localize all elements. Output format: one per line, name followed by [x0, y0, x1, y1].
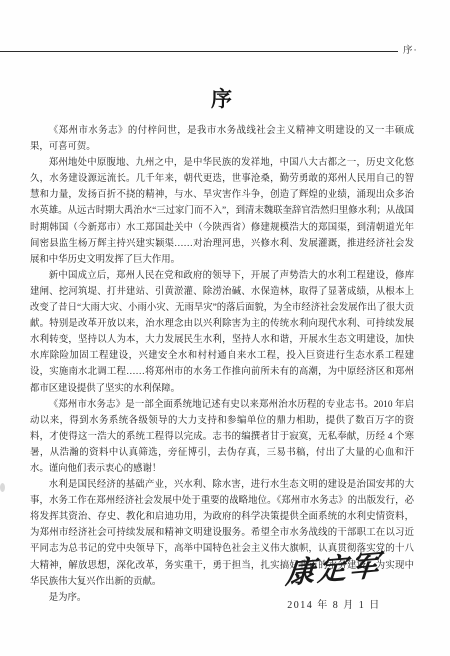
folio-label: 序·	[403, 42, 418, 56]
preface-body: 《郑州市水务志》的付梓问世，是我市水务战线社会主义精神文明建设的又一丰硕成果，可…	[30, 123, 414, 606]
preface-paragraph: 郑州地处中原腹地、九州之中，是中华民族的发祥地，中国八大古都之一，历史文化悠久，…	[30, 155, 414, 268]
page-title: 序	[30, 83, 414, 113]
signature-block: 康定军 2014 年 8 月 1 日	[286, 547, 382, 611]
preface-paragraph: 《郑州市水务志》是一部全面系统地记述有史以来郑州治水历程的专业志书。2010 年…	[30, 397, 414, 477]
header-rule	[0, 51, 398, 52]
preface-paragraph: 《郑州市水务志》的付梓问世，是我市水务战线社会主义精神文明建设的又一丰硕成果，可…	[30, 123, 414, 155]
signature-date: 2014 年 8 月 1 日	[286, 596, 382, 611]
scan-smudge	[0, 483, 5, 492]
preface-page: { "header": { "folio": "序·" }, "title": …	[0, 0, 450, 656]
signature: 康定军	[284, 543, 383, 593]
preface-paragraph: 新中国成立后，郑州人民在党和政府的领导下，开展了声势浩大的水利工程建设，修库建闸…	[30, 268, 414, 397]
